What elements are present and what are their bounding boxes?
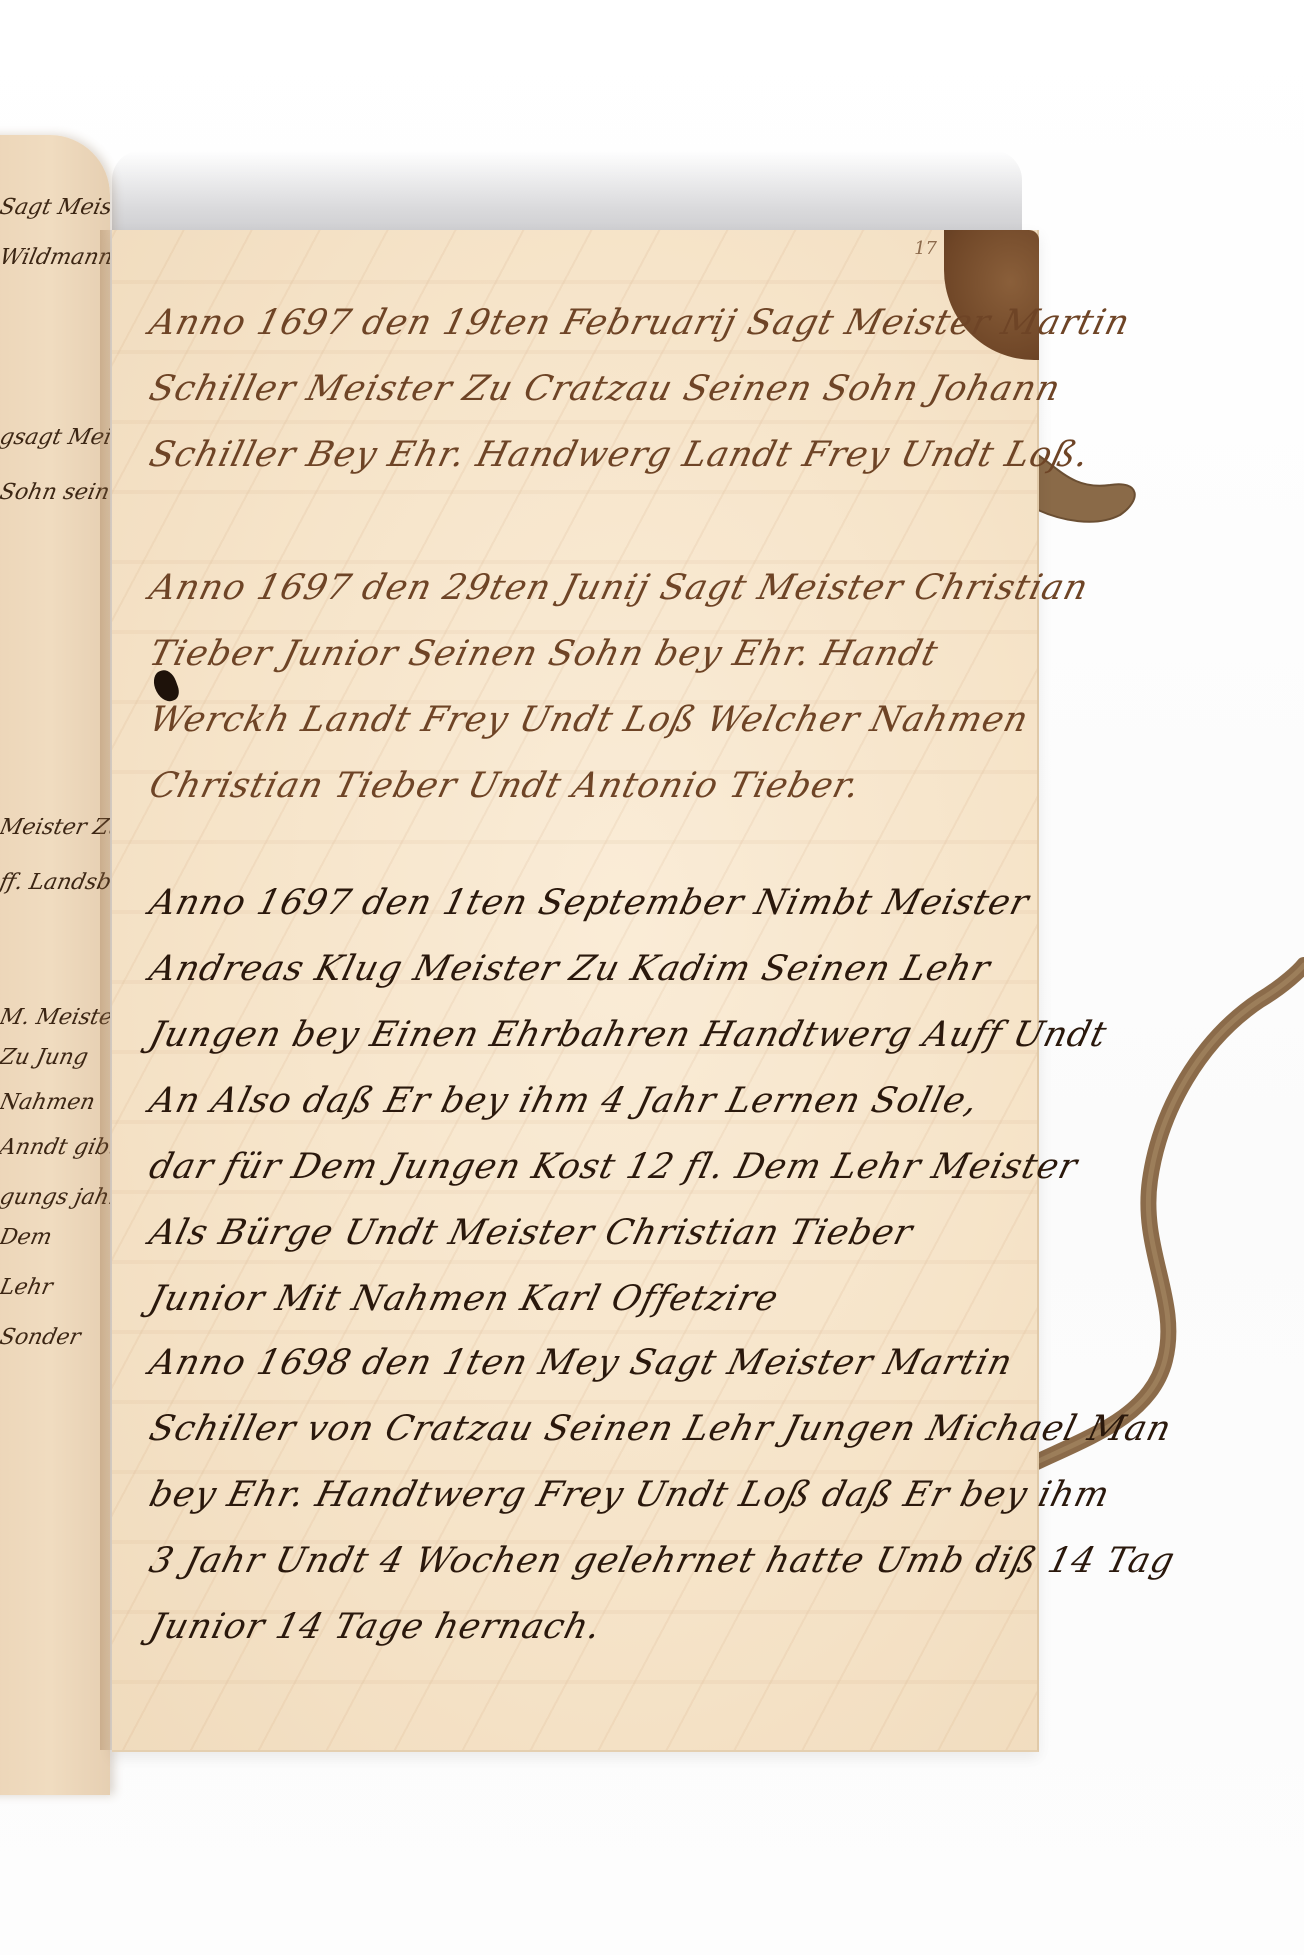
handwritten-line: Junior 14 Tage hernach.	[142, 1594, 1038, 1660]
handwritten-line: Als Bürge Undt Meister Christian Tieber	[142, 1200, 1038, 1266]
handwritten-line: Anno 1697 den 1ten September Nimbt Meist…	[142, 870, 1038, 936]
handwritten-line: Tieber Junior Seinen Sohn bey Ehr. Handt	[142, 621, 1038, 687]
handwritten-line: Anno 1698 den 1ten Mey Sagt Meister Mart…	[142, 1330, 1038, 1396]
folio-number: 17	[914, 238, 937, 259]
handwritten-line: Werckh Landt Frey Undt Loß Welcher Nahme…	[142, 687, 1038, 753]
handwritten-line: Jungen bey Einen Ehrbahren Handtwerg Auf…	[142, 1002, 1038, 1068]
manuscript-page: 17 Anno 1697 den 19ten Februarij Sagt Me…	[112, 230, 1039, 1752]
handwritten-line: Anno 1697 den 29ten Junij Sagt Meister C…	[142, 555, 1038, 621]
register-entry-1: Anno 1697 den 19ten Februarij Sagt Meist…	[142, 290, 1022, 488]
register-entry-4: Anno 1698 den 1ten Mey Sagt Meister Mart…	[142, 1330, 1022, 1660]
handwritten-line: Christian Tieber Undt Antonio Tieber.	[142, 753, 1038, 819]
handwritten-line: An Also daß Er bey ihm 4 Jahr Lernen Sol…	[142, 1068, 1038, 1134]
handwritten-line: Junior Mit Nahmen Karl Offetzire	[142, 1266, 1038, 1332]
handwritten-line: bey Ehr. Handtwerg Frey Undt Loß daß Er …	[142, 1462, 1038, 1528]
register-entry-3: Anno 1697 den 1ten September Nimbt Meist…	[142, 870, 1022, 1332]
handwritten-line: Schiller von Cratzau Seinen Lehr Jungen …	[142, 1396, 1038, 1462]
handwritten-line: Schiller Bey Ehr. Handwerg Landt Frey Un…	[142, 422, 1038, 488]
handwritten-line: Andreas Klug Meister Zu Kadim Seinen Leh…	[142, 936, 1038, 1002]
handwritten-line: Anno 1697 den 19ten Februarij Sagt Meist…	[142, 290, 1038, 356]
handwritten-line: 3 Jahr Undt 4 Wochen gelehrnet hatte Umb…	[142, 1528, 1038, 1594]
handwritten-line: Schiller Meister Zu Cratzau Seinen Sohn …	[142, 356, 1038, 422]
register-entry-2: Anno 1697 den 29ten Junij Sagt Meister C…	[142, 555, 1022, 819]
handwritten-line: dar für Dem Jungen Kost 12 fl. Dem Lehr …	[142, 1134, 1038, 1200]
